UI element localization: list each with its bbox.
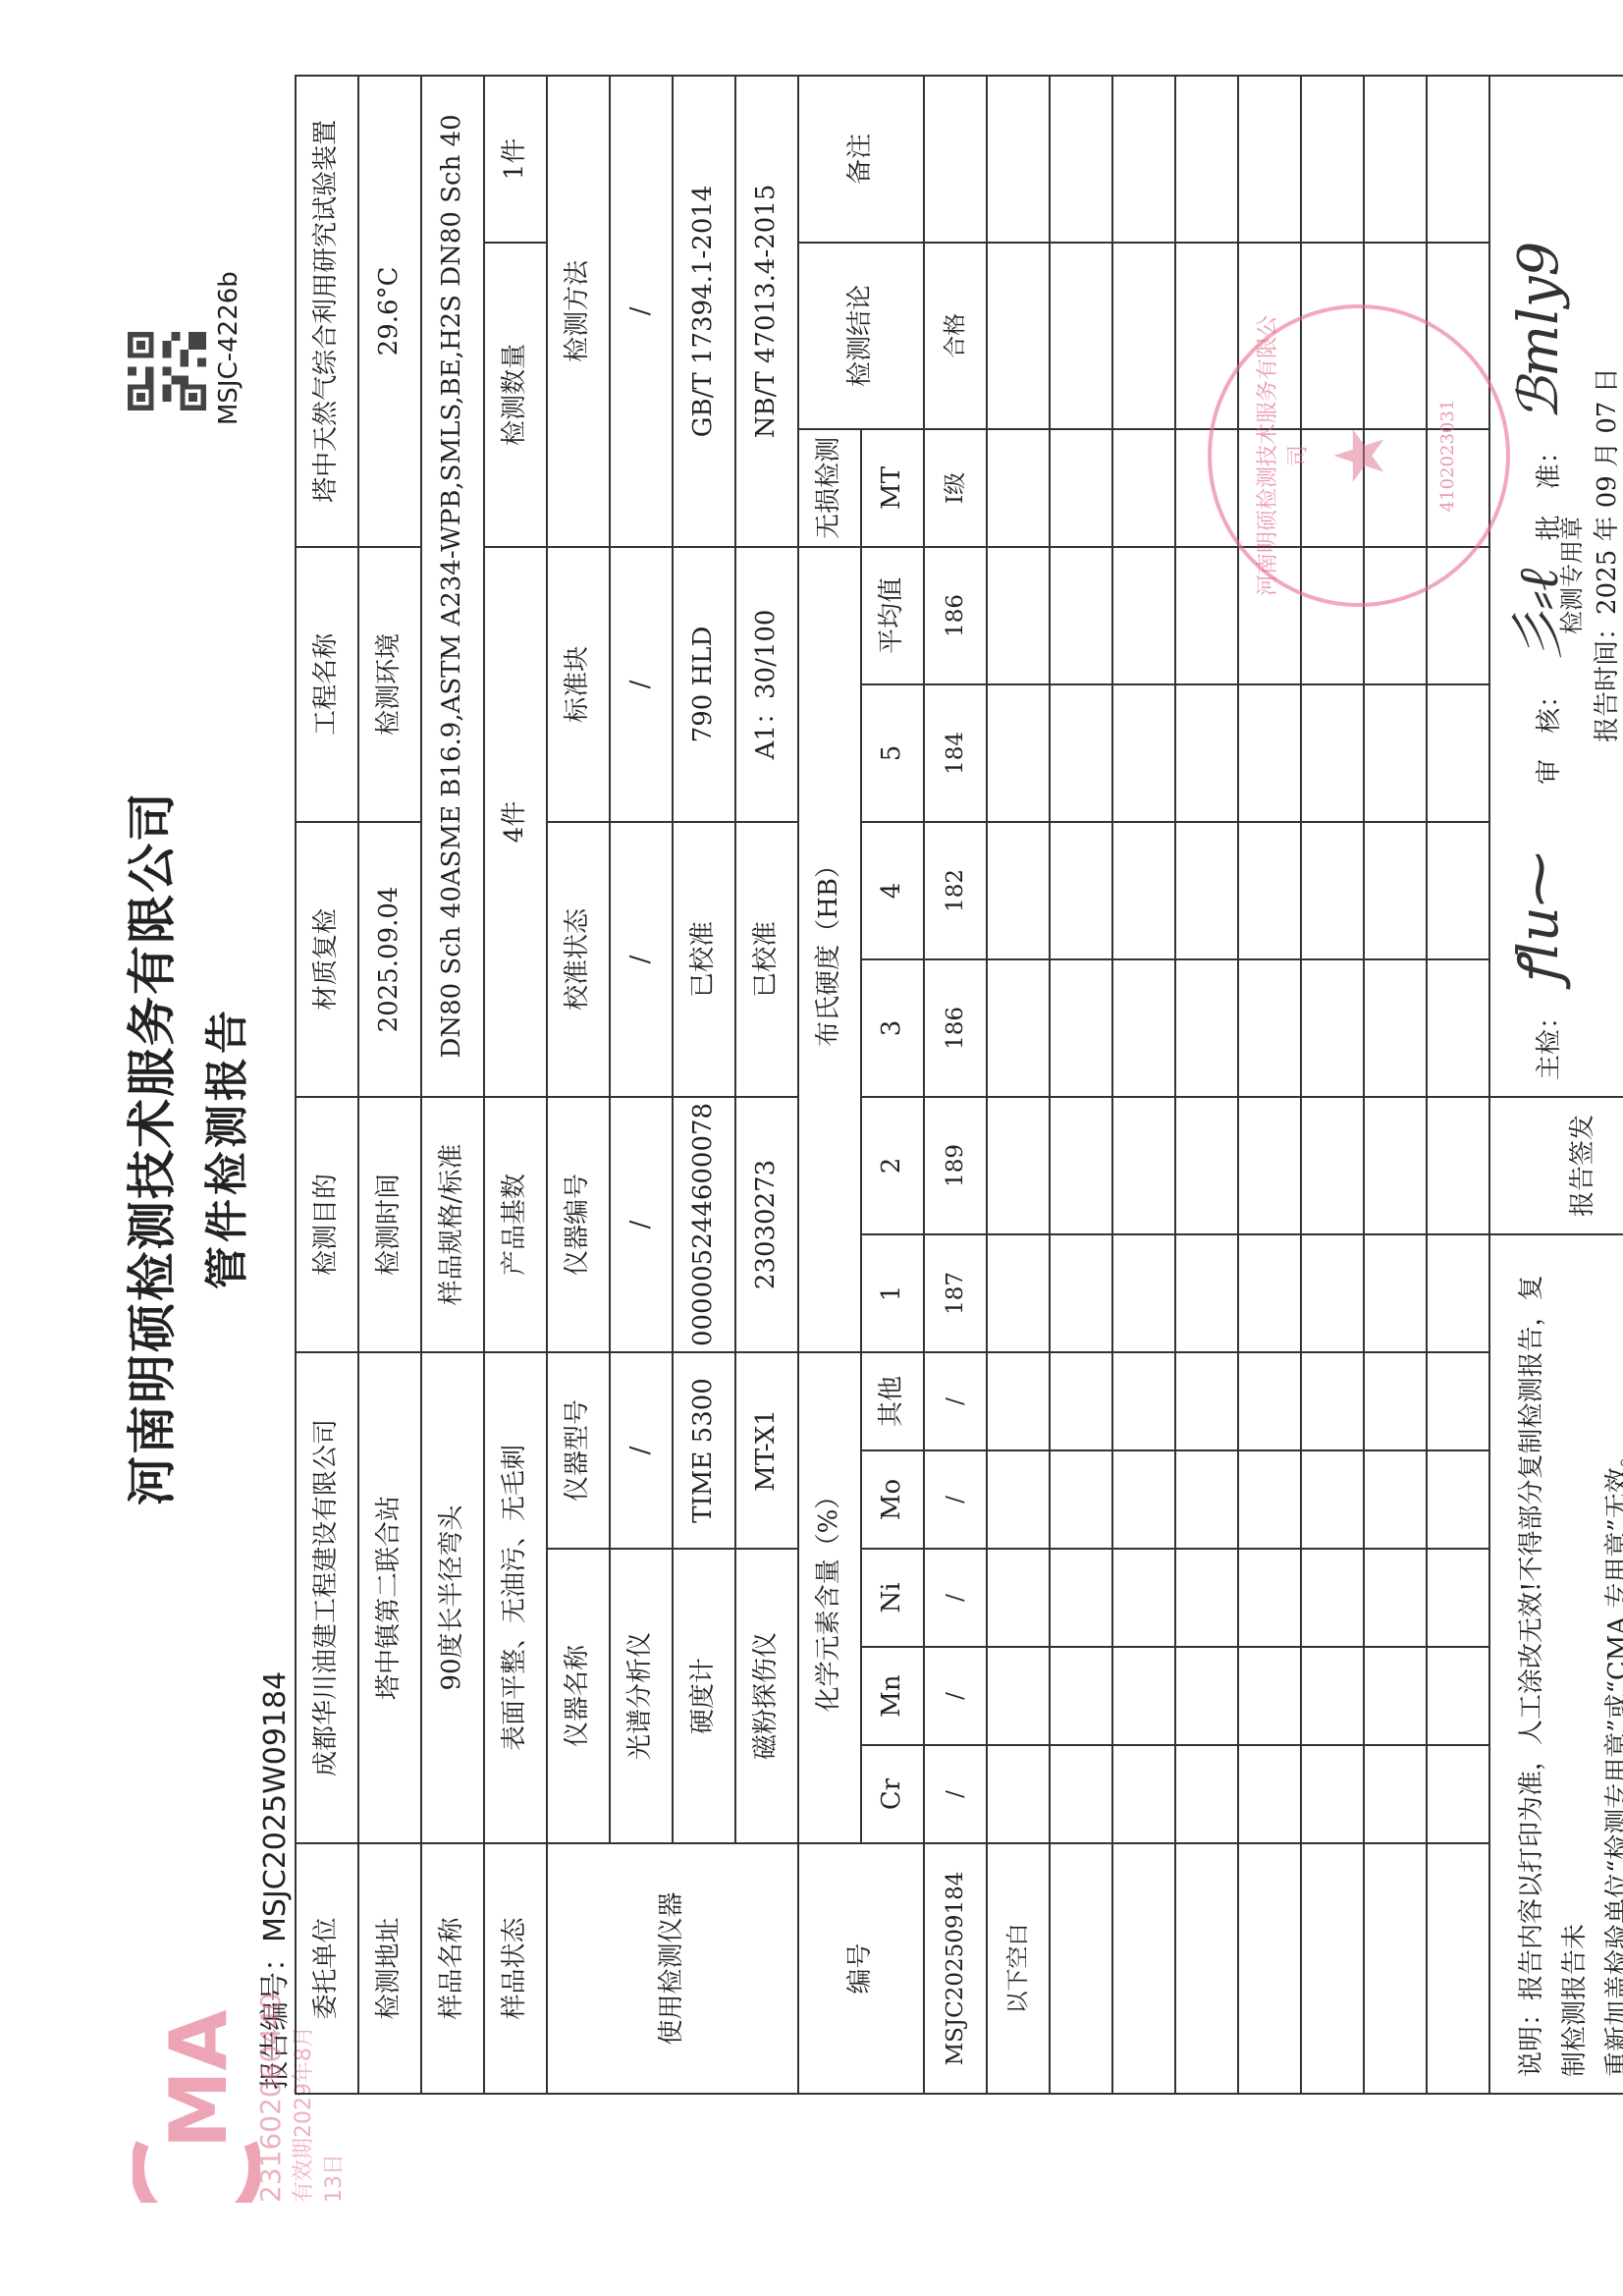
chem-value <box>1238 1647 1301 1745</box>
report-date-value: 2025 年 09 月 07 日 <box>1593 367 1622 615</box>
info-row-sample-state: 样品状态 表面平整、无油污、无毛刺 产品基数 4件 检测数量 1件 <box>484 76 547 2094</box>
chem-col: Mn <box>861 1647 924 1745</box>
hb-value <box>1238 1234 1301 1352</box>
chem-value <box>1112 1745 1175 1843</box>
mt-value <box>1112 429 1175 547</box>
reviewer-label: 审 核： <box>1535 683 1564 785</box>
hb-value <box>1427 1234 1489 1352</box>
hb-value <box>1301 822 1364 959</box>
form-code: MSJC-4226b <box>214 271 243 425</box>
instr-method: GB/T 17394.1-2014 <box>673 76 735 547</box>
hb-value <box>1050 547 1112 684</box>
chem-value: / <box>924 1352 987 1450</box>
site-label: 检测地址 <box>358 1843 421 2094</box>
issue-label: 报告签发 <box>1489 1097 1623 1234</box>
hb-value <box>1238 959 1301 1097</box>
hb-value <box>987 684 1050 822</box>
hb-value <box>1427 684 1489 822</box>
chem-col: Ni <box>861 1549 924 1647</box>
chem-value <box>987 1549 1050 1647</box>
remark-value <box>1301 76 1364 243</box>
inspector-signature: ꝭlu⁓ <box>1507 851 1571 986</box>
chem-col: Mo <box>861 1450 924 1549</box>
chem-value <box>1238 1549 1301 1647</box>
hb-value <box>1175 1234 1238 1352</box>
hb-value <box>1050 684 1112 822</box>
hb-value <box>1301 684 1364 822</box>
chem-value: / <box>924 1745 987 1843</box>
site-value: 塔中镇第二联合站 <box>358 1352 421 1843</box>
date-label: 检测时间 <box>358 1097 421 1352</box>
hb-value <box>1427 959 1489 1097</box>
sample-state-label: 样品状态 <box>484 1843 547 2094</box>
info-row-site: 检测地址 塔中镇第二联合站 检测时间 2025.09.04 检测环境 29.6°… <box>358 76 421 2094</box>
results-col-hb: 布氏硬度（HB） <box>798 547 861 1352</box>
hb-value <box>1364 1234 1427 1352</box>
chem-value <box>1364 1647 1427 1745</box>
company-seal-text: 河南明硕检测技术服务有限公司 <box>1251 308 1312 603</box>
sample-name-label: 样品名称 <box>421 1843 484 2094</box>
results-row: 以下空白 <box>987 76 1050 2094</box>
results-row: MSJC202509184/////187189186182184186I级合格 <box>924 76 987 2094</box>
conclusion-value <box>987 243 1050 429</box>
purpose-label: 检测目的 <box>296 1097 358 1352</box>
env-label: 检测环境 <box>358 547 421 822</box>
hb-value <box>1301 1097 1364 1234</box>
spec-value: DN80 Sch 40ASME B16.9,ASTM A234-WPB,SMLS… <box>421 76 484 1097</box>
chem-value <box>1301 1352 1364 1450</box>
remark-value <box>987 76 1050 243</box>
remark-value <box>1175 76 1238 243</box>
result-id <box>1175 1843 1238 2094</box>
chem-value <box>1175 1647 1238 1745</box>
instr-name: 硬度计 <box>673 1549 735 1843</box>
hb-value: 187 <box>924 1234 987 1352</box>
hb-value: 186 <box>924 959 987 1097</box>
results-header-row: 编号 化学元素含量（%） 布氏硬度（HB） 无损检测 检测结论 备注 <box>798 76 861 2094</box>
hb-col: 3 <box>861 959 924 1097</box>
chem-value <box>1175 1549 1238 1647</box>
chem-value <box>1050 1647 1112 1745</box>
results-col-chem: 化学元素含量（%） <box>798 1352 861 1843</box>
remark-value <box>1112 76 1175 243</box>
instr-col-serial: 仪器编号 <box>547 1097 610 1352</box>
results-row <box>1112 76 1175 2094</box>
chem-value <box>1112 1352 1175 1450</box>
hb-value <box>1364 822 1427 959</box>
sample-name-value: 90度长半径弯头 <box>421 1352 484 1843</box>
signature-cell: 主检： ꝭlu⁓ 审 核： 彡⸗ℓ 批 准： ℬmly9 检测专用章 报告时间：… <box>1489 76 1623 1097</box>
ndt-col: MT <box>861 429 924 547</box>
chem-value <box>987 1450 1050 1549</box>
chem-value <box>1050 1549 1112 1647</box>
result-id <box>1050 1843 1112 2094</box>
seal-text: 检测专用章 <box>1559 517 1587 634</box>
hb-col: 5 <box>861 684 924 822</box>
hb-value <box>1175 684 1238 822</box>
chem-value <box>1427 1745 1489 1843</box>
hb-value <box>987 1234 1050 1352</box>
hb-value <box>1175 822 1238 959</box>
instr-serial: 000005244600078 <box>673 1097 735 1352</box>
result-id: 以下空白 <box>987 1843 1050 2094</box>
chem-value <box>1050 1450 1112 1549</box>
hb-value <box>1112 959 1175 1097</box>
qr-code-icon <box>128 332 210 410</box>
report-date: 报告时间：2025 年 09 月 07 日 <box>1594 367 1623 742</box>
base-qty-label: 产品基数 <box>484 1097 547 1352</box>
chem-col: 其他 <box>861 1352 924 1450</box>
chem-col: Cr <box>861 1745 924 1843</box>
test-qty-label: 检测数量 <box>484 243 547 547</box>
hb-value: 186 <box>924 547 987 684</box>
hb-value <box>1050 959 1112 1097</box>
chem-value <box>1238 1745 1301 1843</box>
result-id <box>1427 1843 1489 2094</box>
instr-serial: 23030273 <box>735 1097 798 1352</box>
chem-value <box>1175 1352 1238 1450</box>
hb-value <box>987 959 1050 1097</box>
hb-value <box>1427 1097 1489 1234</box>
mt-value <box>987 429 1050 547</box>
hb-value <box>1050 1097 1112 1234</box>
env-value: 29.6°C <box>358 76 421 547</box>
chem-value: / <box>924 1549 987 1647</box>
hb-value <box>1175 959 1238 1097</box>
chem-value <box>1427 1450 1489 1549</box>
instruments-section-label: 使用检测仪器 <box>547 1843 798 2094</box>
hb-value <box>1112 822 1175 959</box>
hb-value <box>1364 1097 1427 1234</box>
hb-value <box>987 547 1050 684</box>
client-label: 委托单位 <box>296 1843 358 2094</box>
instr-name: 磁粉探伤仪 <box>735 1549 798 1843</box>
chem-value <box>1364 1549 1427 1647</box>
chem-value <box>1112 1549 1175 1647</box>
instr-calibration: / <box>610 822 673 1097</box>
instrument-row: 硬度计 TIME 5300 000005244600078 已校准 790 HL… <box>673 76 735 2094</box>
company-seal-number: 4102023031 <box>1437 308 1458 603</box>
chem-value <box>1301 1549 1364 1647</box>
cma-number: 231602060440 <box>254 2006 287 2203</box>
hb-value <box>987 1097 1050 1234</box>
remark-value <box>1238 76 1301 243</box>
chem-value <box>1238 1352 1301 1450</box>
chem-value <box>1427 1647 1489 1745</box>
chem-value <box>987 1745 1050 1843</box>
hb-value <box>1238 822 1301 959</box>
test-qty-value: 1件 <box>484 76 547 243</box>
purpose-value: 材质复检 <box>296 822 358 1097</box>
report-number-value: MSJC2025W09184 <box>258 1671 293 1942</box>
svg-text:MA: MA <box>153 2009 244 2149</box>
result-id <box>1112 1843 1175 2094</box>
result-id <box>1238 1843 1301 2094</box>
chem-value <box>1050 1352 1112 1450</box>
instr-name: 光谱分析仪 <box>610 1549 673 1843</box>
client-value: 成都华川油建工程建设有限公司 <box>296 1352 358 1843</box>
hb-value: 189 <box>924 1097 987 1234</box>
footer-note: 说明：报告内容以打印为准，人工涂改无效!不得部分复制检测报告，复制检测报告未 重… <box>1489 1234 1623 2094</box>
instr-col-calibration: 校准状态 <box>547 822 610 1097</box>
chem-value <box>1364 1450 1427 1549</box>
star-icon: ★ <box>1320 308 1400 603</box>
chem-value: / <box>924 1450 987 1549</box>
results-col-remark: 备注 <box>798 76 924 243</box>
instr-col-model: 仪器型号 <box>547 1352 610 1549</box>
chem-value <box>1427 1352 1489 1450</box>
info-row-client: 委托单位 成都华川油建工程建设有限公司 检测目的 材质复检 工程名称 塔中天然气… <box>296 76 358 2094</box>
cma-stamp: MA 231602060440 有效期2029年8月13日 <box>133 2006 299 2203</box>
instrument-row: 光谱分析仪 / / / / / <box>610 76 673 2094</box>
remark-value <box>1427 76 1489 243</box>
sample-state-value: 表面平整、无油污、无毛刺 <box>484 1352 547 1843</box>
results-row <box>1050 76 1112 2094</box>
instrument-row: 磁粉探伤仪 MT-X1 23030273 已校准 A1：30/100 NB/T … <box>735 76 798 2094</box>
chem-value <box>1175 1745 1238 1843</box>
instr-method: NB/T 47013.4-2015 <box>735 76 798 547</box>
chem-value <box>1364 1352 1427 1450</box>
hb-value <box>1364 959 1427 1097</box>
chem-value: / <box>924 1647 987 1745</box>
remark-value <box>924 76 987 243</box>
result-id <box>1364 1843 1427 2094</box>
hb-value <box>1427 822 1489 959</box>
hb-value: 182 <box>924 822 987 959</box>
instr-block: A1：30/100 <box>735 547 798 822</box>
note-line-2: 重新加盖检验单位“检测专用章”或“CMA 专用章”无效。 <box>1596 1251 1623 2077</box>
hb-value <box>1112 547 1175 684</box>
date-value: 2025.09.04 <box>358 822 421 1097</box>
hb-value <box>1364 684 1427 822</box>
results-col-conclusion: 检测结论 <box>798 243 924 429</box>
conclusion-value <box>1112 243 1175 429</box>
results-col-ndt: 无损检测 <box>798 429 861 547</box>
spec-label: 样品规格/标准 <box>421 1097 484 1352</box>
instr-block: / <box>610 547 673 822</box>
chem-value <box>1112 1450 1175 1549</box>
inspector-label: 主检： <box>1535 1004 1564 1080</box>
hb-col: 平均值 <box>861 547 924 684</box>
base-qty-value: 4件 <box>484 547 547 1097</box>
project-label: 工程名称 <box>296 547 358 822</box>
result-id: MSJC202509184 <box>924 1843 987 2094</box>
hb-value <box>1238 684 1301 822</box>
mt-value <box>1050 429 1112 547</box>
report-page: 河南明硕检测技术服务有限公司 管件检测报告 报告编号：MSJC2025W0918… <box>0 0 1623 2296</box>
chem-value <box>1364 1745 1427 1843</box>
hb-value <box>1112 684 1175 822</box>
info-row-sample-name: 样品名称 90度长半径弯头 样品规格/标准 DN80 Sch 40ASME B1… <box>421 76 484 2094</box>
hb-value <box>1175 1097 1238 1234</box>
chem-value <box>1175 1450 1238 1549</box>
note-line-1: 说明：报告内容以打印为准，人工涂改无效!不得部分复制检测报告，复制检测报告未 <box>1510 1251 1596 2077</box>
instruments-header-row: 使用检测仪器 仪器名称 仪器型号 仪器编号 校准状态 标准块 检测方法 备注 <box>547 76 610 2094</box>
remark-value <box>1050 76 1112 243</box>
conclusion-value: 合格 <box>924 243 987 429</box>
chem-value <box>1050 1745 1112 1843</box>
instr-serial: / <box>610 1097 673 1352</box>
chem-value <box>1238 1450 1301 1549</box>
instr-col-method: 检测方法 <box>547 76 610 547</box>
report-date-label: 报告时间： <box>1593 615 1622 742</box>
instr-col-name: 仪器名称 <box>547 1549 610 1843</box>
chem-value <box>987 1647 1050 1745</box>
remark-value <box>1364 76 1427 243</box>
company-seal: 河南明硕检测技术服务有限公司 ★ 4102023031 <box>1208 304 1510 607</box>
hb-value: 184 <box>924 684 987 822</box>
hb-value <box>1050 1234 1112 1352</box>
hb-value <box>1238 1097 1301 1234</box>
hb-col: 4 <box>861 822 924 959</box>
instr-block: 790 HLD <box>673 547 735 822</box>
instr-model: TIME 5300 <box>673 1352 735 1549</box>
chem-value <box>1112 1647 1175 1745</box>
chem-value <box>1301 1450 1364 1549</box>
conclusion-value <box>1050 243 1112 429</box>
chem-value <box>1301 1647 1364 1745</box>
instr-model: / <box>610 1352 673 1549</box>
approver-signature: ℬmly9 <box>1507 242 1571 420</box>
hb-value <box>1112 1234 1175 1352</box>
result-id <box>1301 1843 1364 2094</box>
chem-value <box>1301 1745 1364 1843</box>
instr-col-block: 标准块 <box>547 547 610 822</box>
hb-value <box>1301 959 1364 1097</box>
hb-value <box>1112 1097 1175 1234</box>
chem-value <box>1427 1549 1489 1647</box>
instr-calibration: 已校准 <box>673 822 735 1097</box>
results-col-id: 编号 <box>798 1843 924 2094</box>
instr-calibration: 已校准 <box>735 822 798 1097</box>
hb-value <box>1301 1234 1364 1352</box>
hb-col: 1 <box>861 1234 924 1352</box>
instr-method: / <box>610 76 673 547</box>
hb-col: 2 <box>861 1097 924 1234</box>
hb-value <box>987 822 1050 959</box>
project-value: 塔中天然气综合利用研究试验装置 <box>296 76 358 547</box>
footer-row: 说明：报告内容以打印为准，人工涂改无效!不得部分复制检测报告，复制检测报告未 重… <box>1489 76 1623 2094</box>
chem-value <box>987 1352 1050 1450</box>
hb-value <box>1050 822 1112 959</box>
instr-model: MT-X1 <box>735 1352 798 1549</box>
mt-value: I级 <box>924 429 987 547</box>
hb-value <box>1175 547 1238 684</box>
